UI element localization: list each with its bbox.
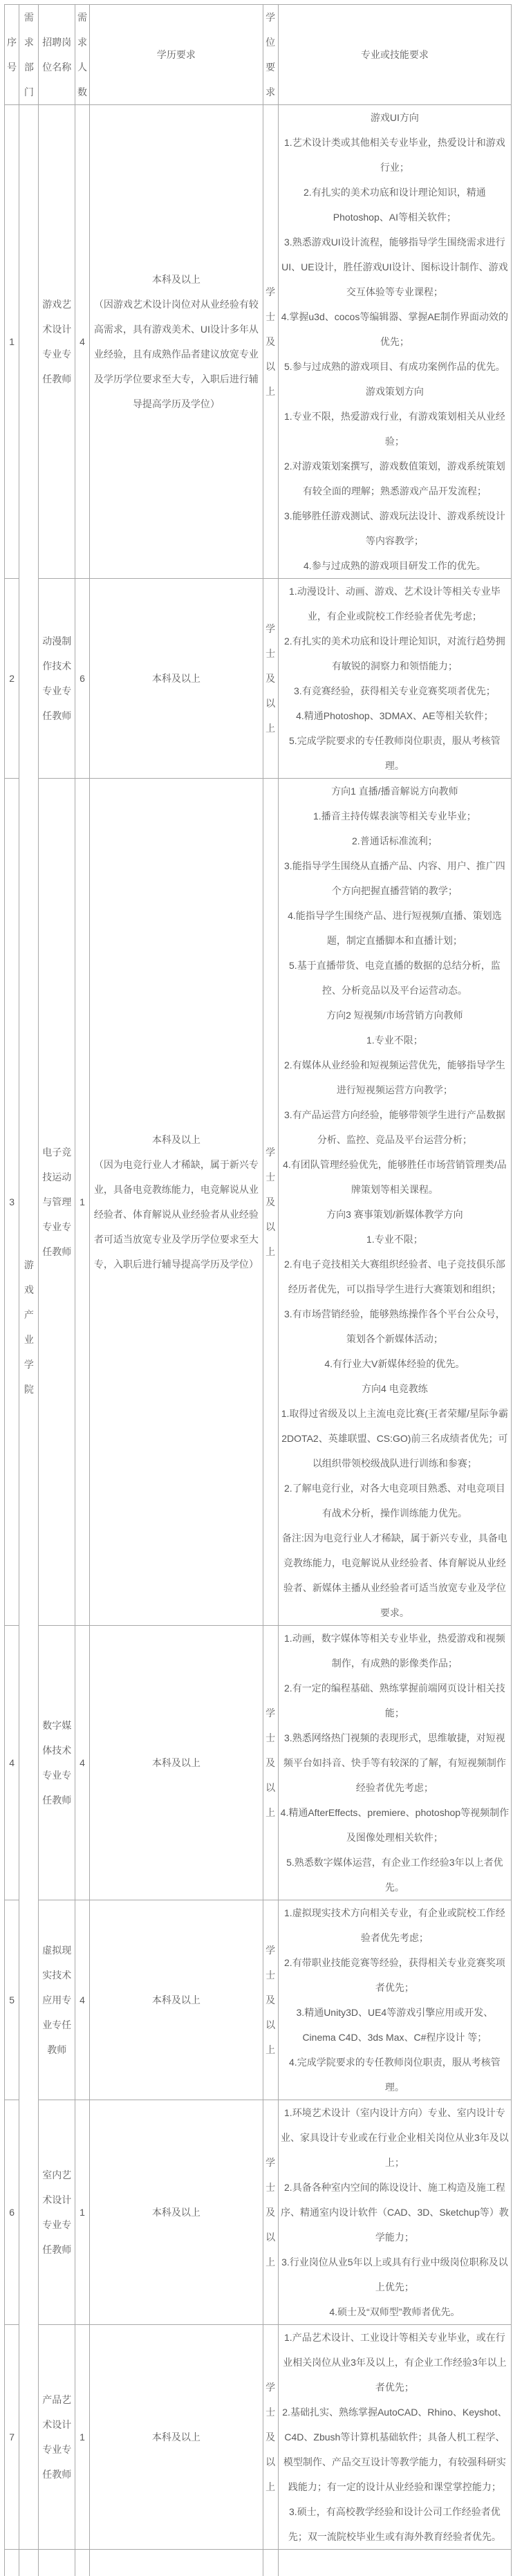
education-paragraph: 本科及以上 <box>91 2200 261 2225</box>
partial-cell <box>263 2550 278 2576</box>
requirement-paragraph: 3.能指导学生围绕从直播产品、内容、用户、推广四个方向把握直播营销的教学； <box>280 853 510 903</box>
education-cell: 本科及以上（因游戏艺术设计岗位对从业经验有较高需求，具有游戏美术、UI设计多年从… <box>90 105 263 579</box>
requirement-paragraph: 2.有媒体从业经验和短视频运营优先，能够指导学生进行短视频运营方向教学； <box>280 1053 510 1102</box>
seq-cell: 7 <box>5 2325 19 2550</box>
position-cell: 室内艺术设计专业专任教师 <box>39 2100 75 2325</box>
requirements-cell: 游戏UI方向1.艺术设计类或其他相关专业毕业，热爱设计和游戏行业；2.有扎实的美… <box>278 105 511 579</box>
education-paragraph: 本科及以上 <box>91 1987 261 2012</box>
position-cell: 动漫制作技术专业专任教师 <box>39 579 75 779</box>
table-row: 5虚拟现实技术应用专业专任教师4本科及以上学士及以上1.虚拟现实技术方向相关专业… <box>5 1900 512 2100</box>
requirement-paragraph: 2.有电子竞技相关大赛组织经验者、电子竞技俱乐部经历者优先，可以指导学生进行大赛… <box>280 1252 510 1301</box>
requirement-paragraph: 4.有团队管理经验优先，能够胜任市场营销管理类/品牌策划等相关课程。 <box>280 1152 510 1202</box>
education-paragraph: 本科及以上 <box>91 2425 261 2449</box>
degree-cell: 学士及以上 <box>263 779 278 1626</box>
requirement-paragraph: 游戏UI方向 <box>280 105 510 130</box>
requirements-cell: 1.虚拟现实技术方向相关专业，有企业或院校工作经验者优先考虑；2.有带职业技能竞… <box>278 1900 511 2100</box>
header-degree: 学位要求 <box>263 5 278 105</box>
requirement-paragraph: 3.行业岗位从业5年以上或具有行业中级岗位职称及以上优先； <box>280 2250 510 2299</box>
requirement-paragraph: 2.具备各种室内空间的陈设设计、施工构造及施工程序、精通室内设计软件（CAD、3… <box>280 2175 510 2250</box>
partial-row <box>5 2550 512 2576</box>
table-row: 1游戏产业学院游戏艺术设计专业专任教师4本科及以上（因游戏艺术设计岗位对从业经验… <box>5 105 512 579</box>
seq-cell: 6 <box>5 2100 19 2325</box>
requirement-paragraph: 4.硕士及“双师型”教师者优先。 <box>280 2299 510 2324</box>
requirements-cell: 1.动画，数字媒体等相关专业毕业，热爱游戏和视频制作，有成熟的影像类作品；2.有… <box>278 1626 511 1900</box>
count-cell: 6 <box>75 579 89 779</box>
requirement-paragraph: 1.专业不限，热爱游戏行业，有游戏策划相关从业经验； <box>280 404 510 454</box>
degree-cell: 学士及以上 <box>263 2325 278 2550</box>
position-cell: 游戏艺术设计专业专任教师 <box>39 105 75 579</box>
requirement-paragraph: 2.有扎实的美术功底和设计理论知识，精通Photoshop、AI等相关软件； <box>280 180 510 230</box>
requirement-paragraph: 4.精通Photoshop、3DMAX、AE等相关软件； <box>280 703 510 728</box>
requirement-paragraph: 4.有行业大V新媒体经验的优先。 <box>280 1351 510 1376</box>
education-cell: 本科及以上 <box>90 2325 263 2550</box>
count-cell: 4 <box>75 1900 89 2100</box>
requirement-paragraph: 方向3 赛事策划/新媒体教学方向 <box>280 1202 510 1227</box>
count-cell: 1 <box>75 2325 89 2550</box>
department-cell: 游戏产业学院 <box>19 105 39 2550</box>
education-paragraph: 本科及以上 <box>91 1127 261 1152</box>
education-paragraph: 本科及以上 <box>91 267 261 292</box>
requirement-paragraph: 4.能指导学生围绕产品、进行短视频/直播、策划选题，制定直播脚本和直播计划； <box>280 903 510 953</box>
partial-cell <box>5 2550 19 2576</box>
requirement-paragraph: 2.对游戏策划案撰写，游戏数值策划，游戏系统策划有较全面的理解；熟悉游戏产品开发… <box>280 454 510 503</box>
position-cell: 虚拟现实技术应用专业专任教师 <box>39 1900 75 2100</box>
requirement-paragraph: 方向2 短视频/市场营销方向教师 <box>280 1003 510 1028</box>
header-count: 需求人数 <box>75 5 89 105</box>
header-seq: 序号 <box>5 5 19 105</box>
requirement-paragraph: 1.专业不限； <box>280 1227 510 1252</box>
requirement-paragraph: 3.硕士，有高校教学经验和设计公司工作经验者优先；双一流院校毕业生或有海外教育经… <box>280 2499 510 2549</box>
seq-cell: 5 <box>5 1900 19 2100</box>
degree-cell: 学士及以上 <box>263 105 278 579</box>
requirement-paragraph: 方向4 电竞教练 <box>280 1376 510 1401</box>
degree-cell: 学士及以上 <box>263 1900 278 2100</box>
requirement-paragraph: 备注:因为电竞行业人才稀缺，属于新兴专业，具备电竞教练能力，电竞解说从业经验者、… <box>280 1526 510 1625</box>
requirement-paragraph: 2.了解电竞行业，对各大电竞项目熟悉、对电竞项目有战术分析，操作训练能力优先。 <box>280 1476 510 1526</box>
requirement-paragraph: 2.普通话标准流利； <box>280 828 510 853</box>
education-cell: 本科及以上 <box>90 579 263 779</box>
requirement-paragraph: 1.动漫设计、动画、游戏、艺术设计等相关专业毕业，有企业或院校工作经验者优先考虑… <box>280 579 510 629</box>
requirement-paragraph: 1.产品艺术设计、工业设计等相关专业毕业，或在行业相关岗位从业3年及以上，有企业… <box>280 2325 510 2400</box>
requirement-paragraph: 2.有一定的编程基础、熟练掌握前端网页设计相关技能； <box>280 1676 510 1725</box>
seq-cell: 4 <box>5 1626 19 1900</box>
seq-cell: 1 <box>5 105 19 579</box>
education-cell: 本科及以上 <box>90 2100 263 2325</box>
requirement-paragraph: 1.专业不限； <box>280 1028 510 1053</box>
table-body: 1游戏产业学院游戏艺术设计专业专任教师4本科及以上（因游戏艺术设计岗位对从业经验… <box>5 105 512 2576</box>
requirement-paragraph: 1.虚拟现实技术方向相关专业，有企业或院校工作经验者优先考虑； <box>280 1900 510 1950</box>
education-paragraph: （因游戏艺术设计岗位对从业经验有较高需求，具有游戏美术、UI设计多年从业经验，且… <box>91 292 261 416</box>
requirement-paragraph: 3.熟悉游戏UI设计流程，能够指导学生围绕需求进行UI、UE设计，胜任游戏UI设… <box>280 230 510 304</box>
requirement-paragraph: 5.参与过成熟的游戏项目、有成功案例作品的优先。 <box>280 354 510 379</box>
header-position: 招聘岗位名称 <box>39 5 75 105</box>
requirement-paragraph: 游戏策划方向 <box>280 379 510 404</box>
requirement-paragraph: 3.有竞赛经验，获得相关专业竞赛奖项者优先； <box>280 678 510 703</box>
requirement-paragraph: 1.播音主持传媒表演等相关专业毕业； <box>280 804 510 828</box>
degree-cell: 学士及以上 <box>263 1626 278 1900</box>
table-header: 序号需求部门招聘岗位名称需求人数学历要求学位要求专业或技能要求 <box>5 5 512 105</box>
table-row: 7产品艺术设计专业专任教师1本科及以上学士及以上1.产品艺术设计、工业设计等相关… <box>5 2325 512 2550</box>
requirement-paragraph: 4.精通AfterEffects、premiere、photoshop等视频制作… <box>280 1800 510 1850</box>
partial-cell <box>19 2550 39 2576</box>
header-department: 需求部门 <box>19 5 39 105</box>
position-cell: 产品艺术设计专业专任教师 <box>39 2325 75 2550</box>
count-cell: 1 <box>75 2100 89 2325</box>
requirement-paragraph: 2.有扎实的美术功底和设计理论知识，对流行趋势拥有敏锐的洞察力和领悟能力； <box>280 629 510 678</box>
header-row: 序号需求部门招聘岗位名称需求人数学历要求学位要求专业或技能要求 <box>5 5 512 105</box>
education-paragraph: 本科及以上 <box>91 1750 261 1775</box>
position-cell: 电子竞技运动与管理专业专任教师 <box>39 779 75 1626</box>
requirements-cell: 1.产品艺术设计、工业设计等相关专业毕业，或在行业相关岗位从业3年及以上，有企业… <box>278 2325 511 2550</box>
requirement-paragraph: 4.完成学院要求的专任教师岗位职责，服从考核管理。 <box>280 2050 510 2100</box>
position-cell: 数字媒体技术专业专任教师 <box>39 1626 75 1900</box>
partial-cell <box>75 2550 89 2576</box>
requirement-paragraph: 1.艺术设计类或其他相关专业毕业，热爱设计和游戏行业； <box>280 130 510 180</box>
table-row: 2动漫制作技术专业专任教师6本科及以上学士及以上1.动漫设计、动画、游戏、艺术设… <box>5 579 512 779</box>
requirement-paragraph: 3.有市场营销经验，能够熟练操作各个平台公众号，策划各个新媒体活动； <box>280 1301 510 1351</box>
recruitment-table: 序号需求部门招聘岗位名称需求人数学历要求学位要求专业或技能要求 1游戏产业学院游… <box>4 4 512 2576</box>
seq-cell: 3 <box>5 779 19 1626</box>
requirement-paragraph: 1.环境艺术设计（室内设计方向）专业、室内设计专业、家具设计专业或在行业企业相关… <box>280 2100 510 2175</box>
table-row: 4数字媒体技术专业专任教师4本科及以上学士及以上1.动画，数字媒体等相关专业毕业… <box>5 1626 512 1900</box>
degree-cell: 学士及以上 <box>263 2100 278 2325</box>
education-paragraph: （因为电竞行业人才稀缺，属于新兴专业，具备电竞教练能力，电竞解说从业经验者、体育… <box>91 1152 261 1277</box>
education-cell: 本科及以上（因为电竞行业人才稀缺，属于新兴专业，具备电竞教练能力，电竞解说从业经… <box>90 779 263 1626</box>
count-cell: 4 <box>75 105 89 579</box>
requirement-paragraph: 5.熟悉数字媒体运营，有企业工作经验3年以上者优先。 <box>280 1850 510 1900</box>
partial-cell <box>278 2550 511 2576</box>
requirement-paragraph: 2.基础扎实、熟练掌握AutoCAD、Rhino、Keyshot、C4D、Zbu… <box>280 2400 510 2499</box>
requirement-paragraph: 3.熟悉网络热门视频的表现形式，思维敏捷，对短视频平台如抖音、快手等有较深的了解… <box>280 1725 510 1800</box>
seq-cell: 2 <box>5 579 19 779</box>
degree-cell: 学士及以上 <box>263 579 278 779</box>
count-cell: 4 <box>75 1626 89 1900</box>
requirement-paragraph: 1.动画，数字媒体等相关专业毕业，热爱游戏和视频制作，有成熟的影像类作品； <box>280 1626 510 1676</box>
requirement-paragraph: 3.能够胜任游戏测试、游戏玩法设计、游戏系统设计等内容教学； <box>280 503 510 553</box>
requirement-paragraph: 4.参与过成熟的游戏项目研发工作的优先。 <box>280 553 510 578</box>
education-cell: 本科及以上 <box>90 1626 263 1900</box>
education-cell: 本科及以上 <box>90 1900 263 2100</box>
education-paragraph: 本科及以上 <box>91 666 261 691</box>
requirement-paragraph: 1.取得过省级及以上主流电竞比赛(王者荣耀/星际争霸2DOTA2、英雄联盟、CS… <box>280 1401 510 1476</box>
partial-cell <box>90 2550 263 2576</box>
table-row: 3电子竞技运动与管理专业专任教师1本科及以上（因为电竞行业人才稀缺，属于新兴专业… <box>5 779 512 1626</box>
requirements-cell: 1.动漫设计、动画、游戏、艺术设计等相关专业毕业，有企业或院校工作经验者优先考虑… <box>278 579 511 779</box>
partial-cell <box>39 2550 75 2576</box>
requirement-paragraph: 3.有产品运营方向经验，能够带领学生进行产品数据分析、监控、竞品及平台运营分析； <box>280 1102 510 1152</box>
requirement-paragraph: 5.完成学院要求的专任教师岗位职责，服从考核管理。 <box>280 728 510 778</box>
requirements-cell: 1.环境艺术设计（室内设计方向）专业、室内设计专业、家具设计专业或在行业企业相关… <box>278 2100 511 2325</box>
requirement-paragraph: 3.精通Unity3D、UE4等游戏引擎应用或开发、Cinema C4D、3ds… <box>280 2000 510 2050</box>
header-education: 学历要求 <box>90 5 263 105</box>
requirement-paragraph: 方向1 直播/播音解说方向教师 <box>280 779 510 804</box>
document-page: 序号需求部门招聘岗位名称需求人数学历要求学位要求专业或技能要求 1游戏产业学院游… <box>0 0 513 2576</box>
requirement-paragraph: 5.基于直播带货、电竞直播的数据的总结分析，监控、分析竞品以及平台运营动态。 <box>280 953 510 1003</box>
requirement-paragraph: 4.掌握u3d、cocos等编辑器、掌握AE制作界面动效的优先； <box>280 304 510 354</box>
header-requirements: 专业或技能要求 <box>278 5 511 105</box>
requirement-paragraph: 2.有带职业技能竞赛等经验，获得相关专业竞赛奖项者优先； <box>280 1950 510 2000</box>
requirements-cell: 方向1 直播/播音解说方向教师1.播音主持传媒表演等相关专业毕业；2.普通话标准… <box>278 779 511 1626</box>
table-row: 6室内艺术设计专业专任教师1本科及以上学士及以上1.环境艺术设计（室内设计方向）… <box>5 2100 512 2325</box>
count-cell: 1 <box>75 779 89 1626</box>
